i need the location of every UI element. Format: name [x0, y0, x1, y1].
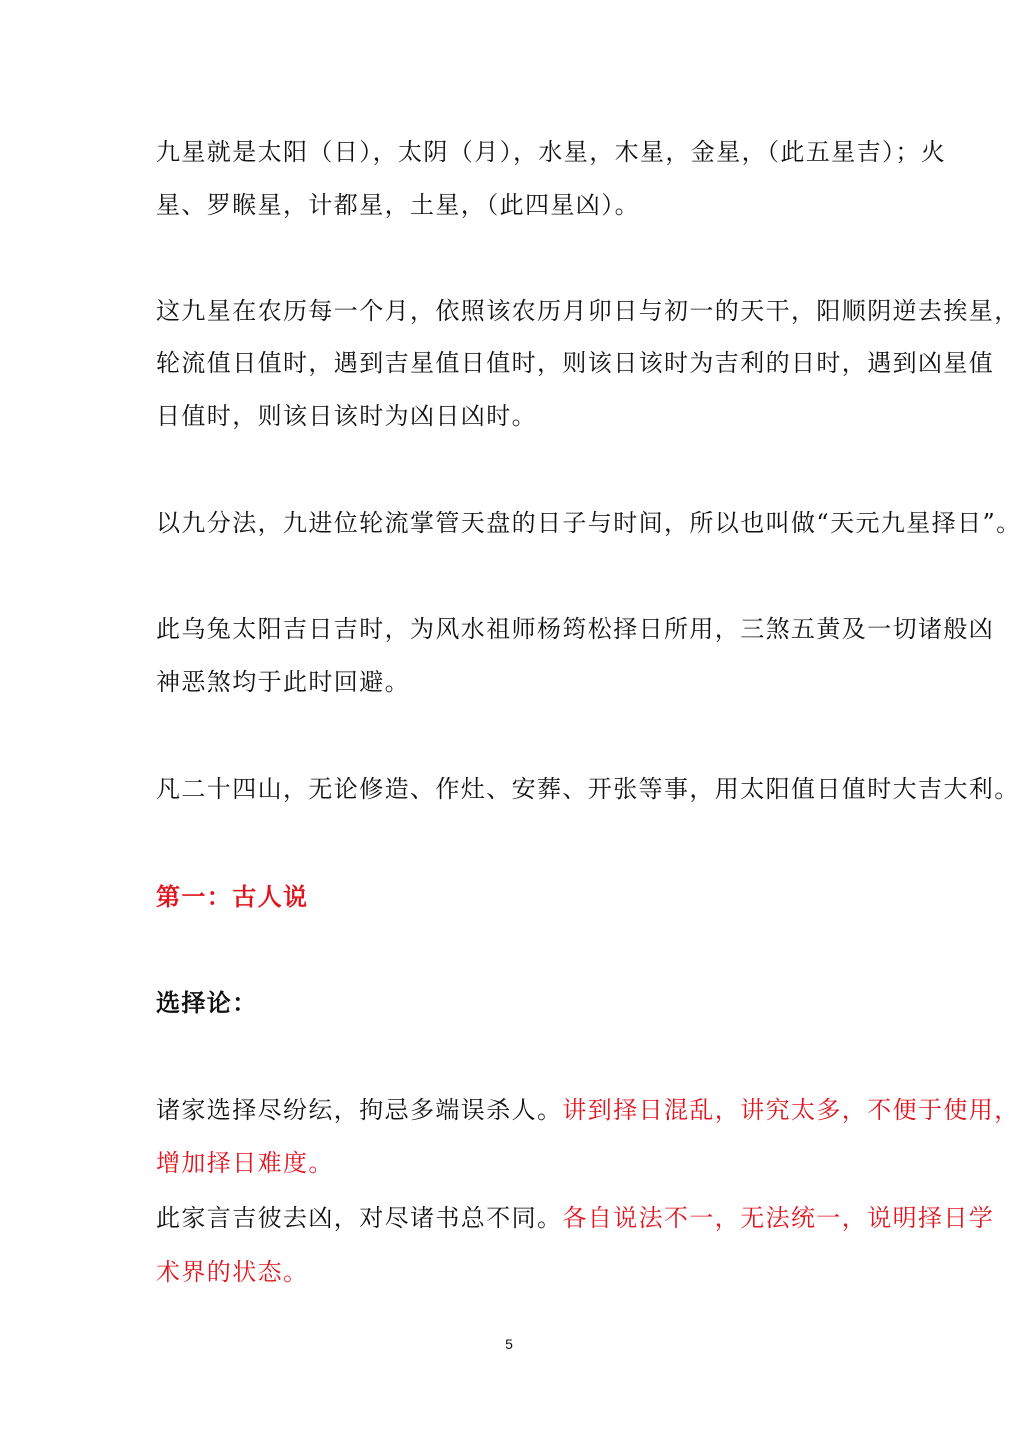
paragraph-4-line-2: 神恶煞均于此时回避。	[156, 667, 946, 697]
quote-2-line-2: 术界的状态。	[156, 1257, 946, 1287]
paragraph-2-line-1: 这九星在农历每一个月，依照该农历月卯日与初一的天干，阳顺阴逆去挨星，	[156, 296, 946, 326]
quote-1-original: 诸家选择尽纷纭，拘忌多端误杀人。	[156, 1096, 562, 1124]
paragraph-3-line-1: 以九分法，九进位轮流掌管天盘的日子与时间，所以也叫做“天元九星择日”。	[156, 508, 946, 538]
paragraph-1-line-2: 星、罗睺星，计都星，土星，（此四星凶）。	[156, 190, 946, 220]
quote-2-commentary: 各自说法不一，无法统一，说明择日学	[562, 1204, 994, 1232]
paragraph-2-line-3: 日值时，则该日该时为凶日凶时。	[156, 401, 946, 431]
paragraph-4-line-1: 此乌兔太阳吉日吉时，为风水祖师杨筠松择日所用，三煞五黄及一切诸般凶	[156, 614, 946, 644]
quote-1-line-1: 诸家选择尽纷纭，拘忌多端误杀人。讲到择日混乱，讲究太多，不便于使用，	[156, 1095, 946, 1125]
paragraph-2-line-2: 轮流值日值时，遇到吉星值日值时，则该日该时为吉利的日时，遇到凶星值	[156, 348, 946, 378]
paragraph-5-line-1: 凡二十四山，无论修造、作灶、安葬、开张等事，用太阳值日值时大吉大利。	[156, 774, 946, 804]
page-number: 5	[0, 1336, 1018, 1352]
quote-2-line-1: 此家言吉彼去凶，对尽诸书总不同。各自说法不一，无法统一，说明择日学	[156, 1203, 946, 1233]
quote-1-line-2: 增加择日难度。	[156, 1148, 946, 1178]
paragraph-1-line-1: 九星就是太阳（日），太阴（月），水星，木星，金星，（此五星吉）；火	[156, 137, 946, 167]
section-heading: 第一：古人说	[156, 882, 946, 912]
quote-1-commentary: 讲到择日混乱，讲究太多，不便于使用，	[562, 1096, 1018, 1124]
quote-2-original: 此家言吉彼去凶，对尽诸书总不同。	[156, 1204, 562, 1232]
subheading: 选择论：	[156, 988, 946, 1018]
